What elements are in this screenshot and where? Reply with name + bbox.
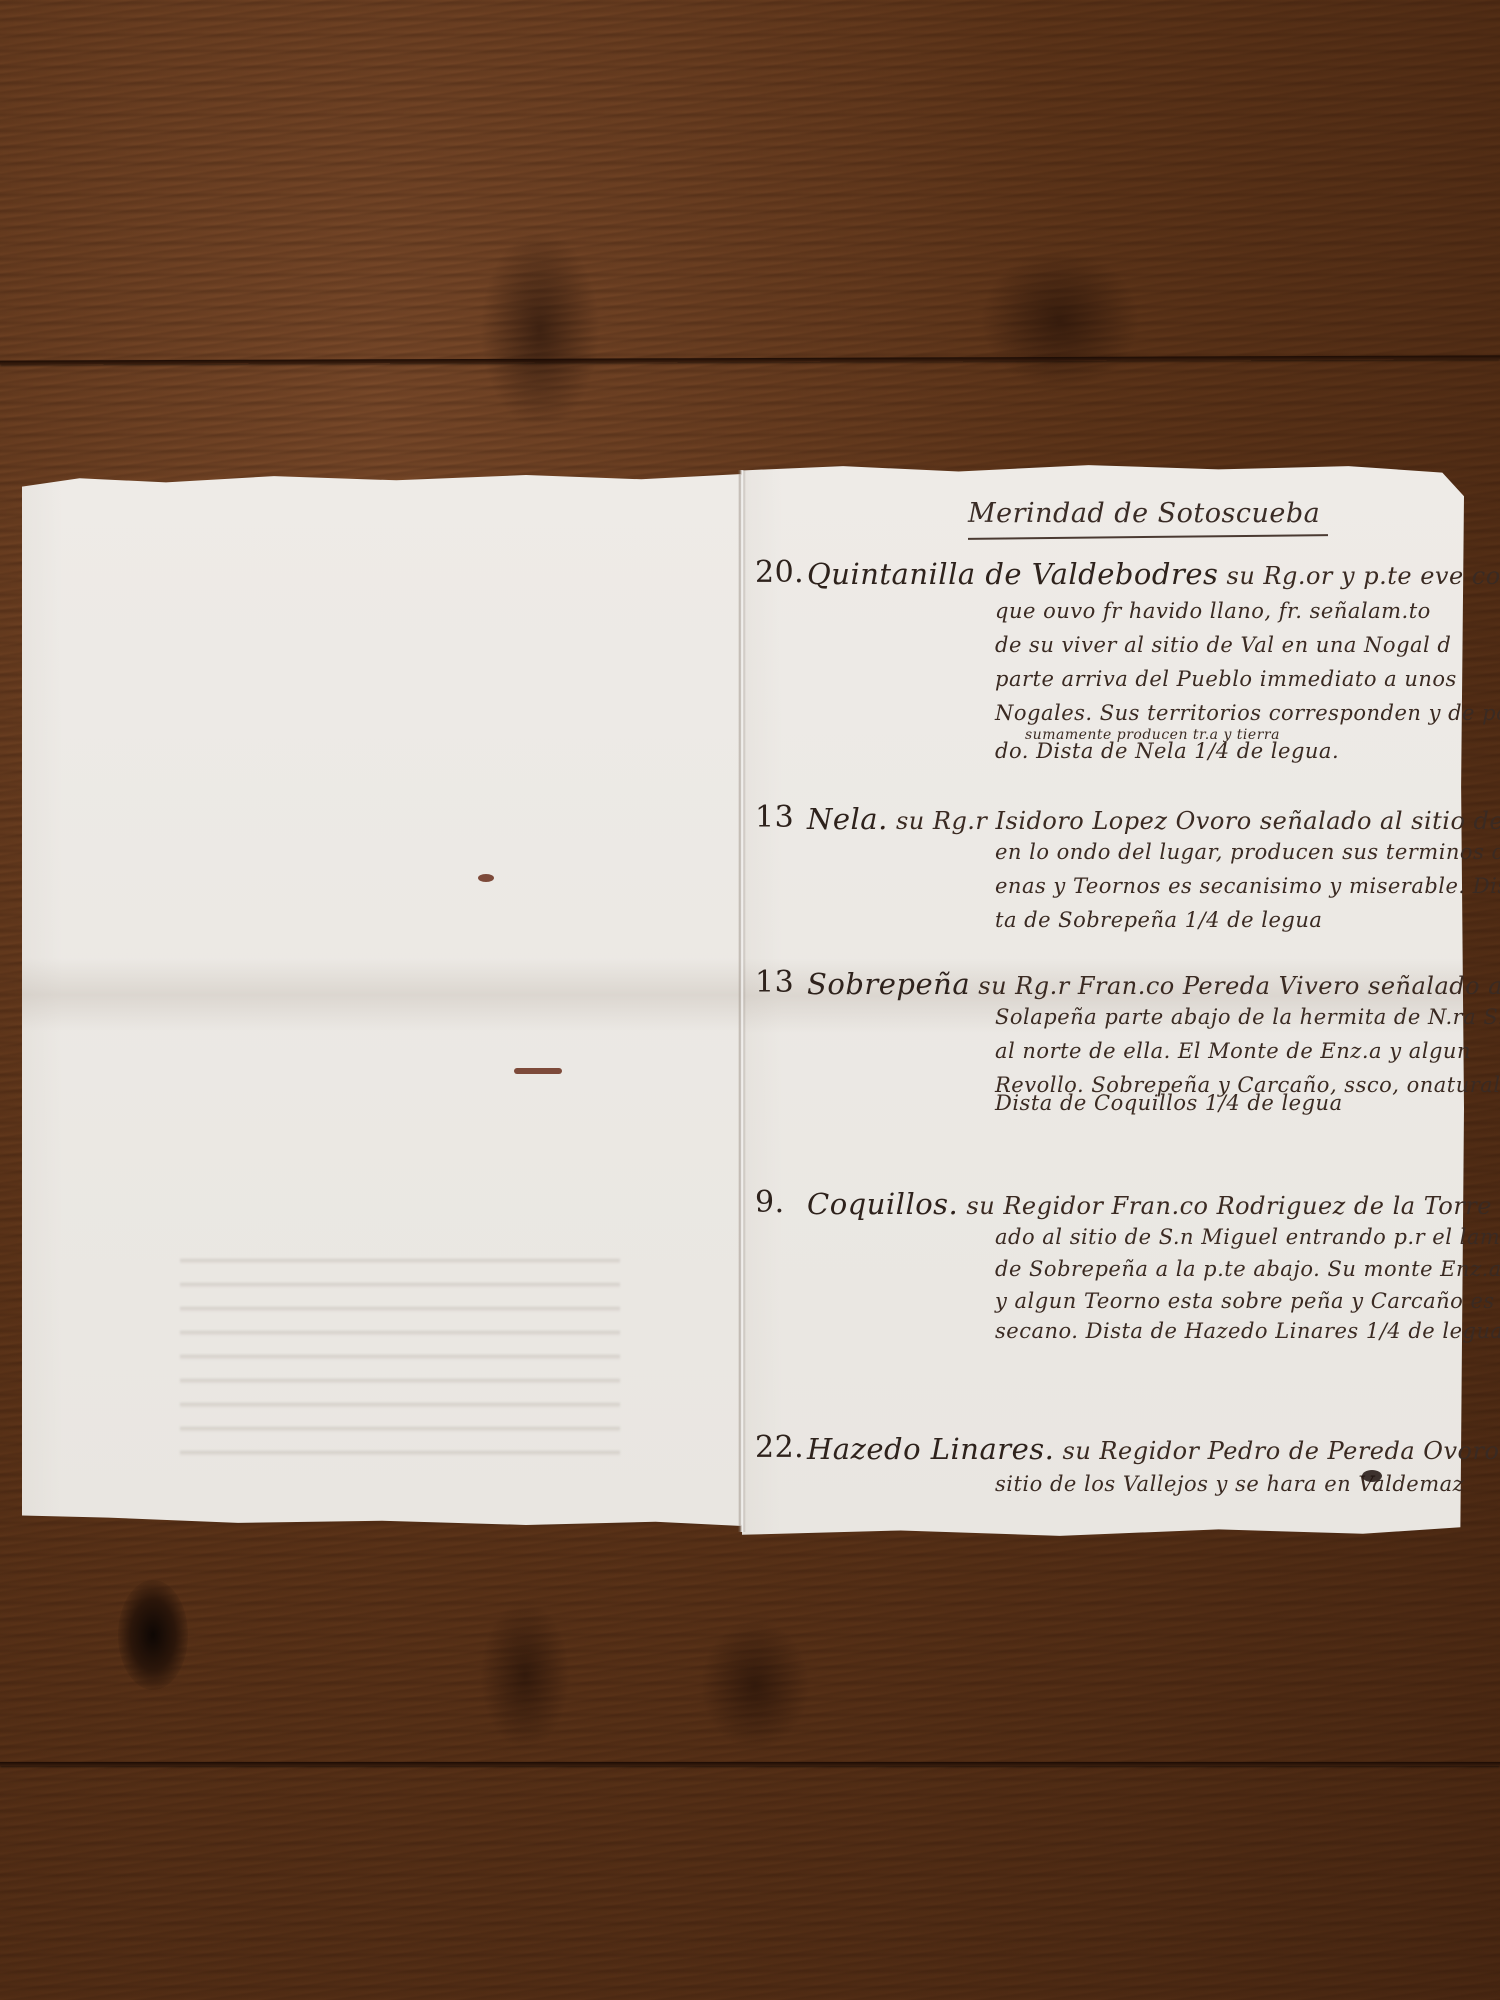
entry-first-line-text: su Rg.r Fran.co Pereda Vivero señalado a… bbox=[978, 972, 1500, 1000]
entry-first-line: Coquillos. su Regidor Fran.co Rodriguez … bbox=[807, 1187, 1500, 1221]
entry-place-name: Hazedo Linares. bbox=[807, 1432, 1054, 1466]
wood-grain-patch bbox=[980, 250, 1140, 390]
entry-line: secano. Dista de Hazedo Linares 1/4 de l… bbox=[995, 1319, 1500, 1343]
entry-line: enas y Teornos es secanisimo y miserable… bbox=[995, 874, 1500, 898]
entry-first-line-text: su Rg.or y p.te eve como ver Ant. bbox=[1227, 562, 1500, 590]
entry-number: 9. bbox=[755, 1185, 785, 1220]
ink-stain bbox=[514, 1068, 562, 1074]
entry-quintanilla: 20. Quintanilla de Valdebodres su Rg.or … bbox=[755, 555, 1470, 745]
entry-line: sitio de los Vallejos y se hara en Valde… bbox=[995, 1472, 1464, 1496]
entry-place-name: Quintanilla de Valdebodres bbox=[807, 557, 1218, 591]
entry-line: Solapeña parte abajo de la hermita de N.… bbox=[995, 1005, 1500, 1029]
entry-first-line: Hazedo Linares. su Regidor Pedro de Pere… bbox=[807, 1432, 1500, 1466]
entry-line: y algun Teorno esta sobre peña y Carcaño… bbox=[995, 1289, 1500, 1313]
ink-stain bbox=[478, 874, 494, 882]
ink-blot bbox=[1362, 1470, 1382, 1482]
wood-grain-patch bbox=[700, 1620, 810, 1750]
entry-first-line: Quintanilla de Valdebodres su Rg.or y p.… bbox=[807, 557, 1500, 591]
entry-line: de su viver al sitio de Val en una Nogal… bbox=[995, 633, 1451, 657]
entry-line: ta de Sobrepeña 1/4 de legua bbox=[995, 908, 1322, 932]
entry-first-line-text: su Regidor Pedro de Pereda Ovoro señalad… bbox=[1063, 1437, 1500, 1465]
entry-line: de Sobrepeña a la p.te abajo. Su monte E… bbox=[995, 1257, 1500, 1281]
center-fold bbox=[738, 470, 746, 1532]
entry-line: en lo ondo del lugar, producen sus termi… bbox=[995, 840, 1500, 864]
entry-line: que ouvo fr havido llano, fr. señalam.to bbox=[995, 599, 1431, 623]
entry-number: 13 bbox=[755, 800, 794, 835]
page-heading: Merindad de Sotoscueba bbox=[968, 498, 1320, 529]
entry-nela: 13 Nela. su Rg.r Isidoro Lopez Ovoro señ… bbox=[755, 800, 1470, 930]
entry-first-line: Nela. su Rg.r Isidoro Lopez Ovoro señala… bbox=[807, 802, 1500, 836]
wood-grain-patch bbox=[480, 1600, 570, 1750]
wood-grain-patch bbox=[480, 230, 600, 430]
entry-line: parte arriva del Pueblo immediato a unos bbox=[995, 667, 1457, 691]
entry-number: 22. bbox=[755, 1430, 804, 1465]
entry-sobrepena: 13 Sobrepeña su Rg.r Fran.co Pereda Vive… bbox=[755, 965, 1470, 1105]
entry-line: al norte de ella. El Monte de Enz.a y al… bbox=[995, 1039, 1471, 1063]
plank-seam-lower bbox=[0, 1762, 1500, 1766]
entry-place-name: Sobrepeña bbox=[807, 967, 970, 1001]
entry-line: Nogales. Sus territorios corresponden y … bbox=[995, 701, 1500, 725]
entry-first-line: Sobrepeña su Rg.r Fran.co Pereda Vivero … bbox=[807, 967, 1500, 1001]
entry-place-name: Nela. bbox=[807, 802, 888, 836]
entry-hazedo-linares: 22. Hazedo Linares. su Regidor Pedro de … bbox=[755, 1430, 1470, 1510]
entry-number: 20. bbox=[755, 555, 804, 590]
wood-knot bbox=[118, 1580, 188, 1690]
entry-first-line-text: su Regidor Fran.co Rodriguez de la Torre… bbox=[966, 1192, 1500, 1220]
entry-place-name: Coquillos. bbox=[807, 1187, 958, 1221]
entry-line: Dista de Coquillos 1/4 de legua bbox=[995, 1091, 1343, 1115]
plank-seam-upper bbox=[0, 355, 1500, 364]
entry-coquillos: 9. Coquillos. su Regidor Fran.co Rodrigu… bbox=[755, 1185, 1470, 1335]
entry-number: 13 bbox=[755, 965, 794, 1000]
entry-first-line-text: su Rg.r Isidoro Lopez Ovoro señalado al … bbox=[896, 807, 1500, 835]
entry-line: do. Dista de Nela 1/4 de legua. bbox=[995, 739, 1339, 763]
left-page-bleed-through bbox=[180, 1240, 620, 1460]
entry-line: ado al sitio de S.n Miguel entrando p.r … bbox=[995, 1225, 1500, 1249]
